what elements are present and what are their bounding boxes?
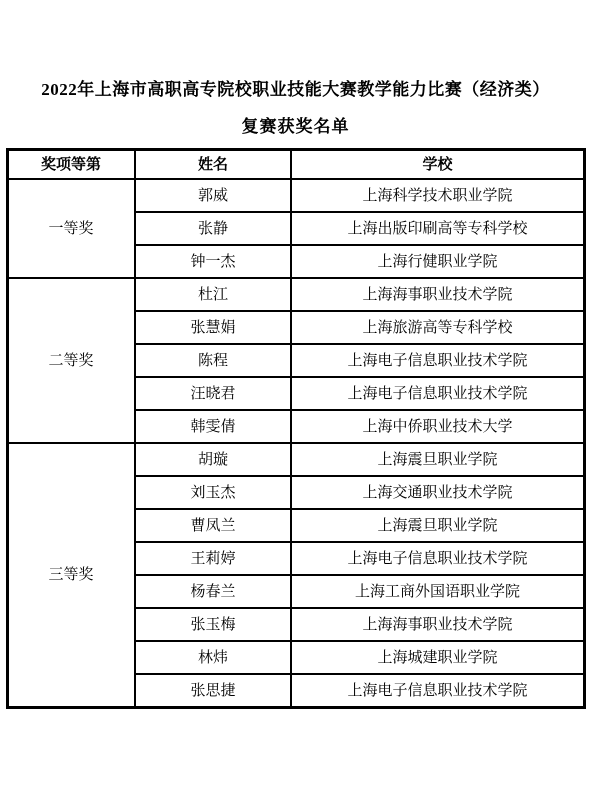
winner-name-cell: 杜江 — [135, 278, 292, 311]
winner-name-cell: 张玉梅 — [135, 608, 292, 641]
winner-school-cell: 上海震旦职业学院 — [291, 509, 584, 542]
table-header-row: 奖项等第 姓名 学校 — [7, 150, 584, 180]
document-page: 2022年上海市高职高专院校职业技能大赛教学能力比赛（经济类） 复赛获奖名单 奖… — [0, 0, 591, 811]
header-cell-school: 学校 — [291, 150, 584, 180]
winner-school-cell: 上海中侨职业技术大学 — [291, 410, 584, 443]
winner-school-cell: 上海电子信息职业技术学院 — [291, 542, 584, 575]
winner-school-cell: 上海出版印刷高等专科学校 — [291, 212, 584, 245]
winner-name-cell: 林炜 — [135, 641, 292, 674]
awards-table: 奖项等第 姓名 学校 一等奖 郭威 上海科学技术职业学院 张静 上海出版印刷高等… — [6, 148, 586, 709]
winner-school-cell: 上海旅游高等专科学校 — [291, 311, 584, 344]
winner-name-cell: 郭威 — [135, 179, 292, 212]
winner-school-cell: 上海震旦职业学院 — [291, 443, 584, 476]
award-group-cell: 一等奖 — [7, 179, 135, 278]
winner-name-cell: 韩雯倩 — [135, 410, 292, 443]
header-cell-award: 奖项等第 — [7, 150, 135, 180]
winner-name-cell: 张思捷 — [135, 674, 292, 708]
winner-name-cell: 王莉婷 — [135, 542, 292, 575]
award-group-cell: 三等奖 — [7, 443, 135, 708]
winner-school-cell: 上海交通职业技术学院 — [291, 476, 584, 509]
table-row: 一等奖 郭威 上海科学技术职业学院 — [7, 179, 584, 212]
page-subtitle: 复赛获奖名单 — [0, 100, 591, 137]
winner-school-cell: 上海城建职业学院 — [291, 641, 584, 674]
winner-school-cell: 上海工商外国语职业学院 — [291, 575, 584, 608]
winner-name-cell: 刘玉杰 — [135, 476, 292, 509]
winner-name-cell: 陈程 — [135, 344, 292, 377]
winner-school-cell: 上海科学技术职业学院 — [291, 179, 584, 212]
winner-school-cell: 上海电子信息职业技术学院 — [291, 344, 584, 377]
award-group-cell: 二等奖 — [7, 278, 135, 443]
winner-school-cell: 上海海事职业技术学院 — [291, 608, 584, 641]
table-row: 三等奖 胡璇 上海震旦职业学院 — [7, 443, 584, 476]
winner-name-cell: 胡璇 — [135, 443, 292, 476]
page-title: 2022年上海市高职高专院校职业技能大赛教学能力比赛（经济类） — [0, 0, 591, 100]
winner-school-cell: 上海行健职业学院 — [291, 245, 584, 278]
winner-name-cell: 张慧娟 — [135, 311, 292, 344]
winner-school-cell: 上海海事职业技术学院 — [291, 278, 584, 311]
winner-name-cell: 张静 — [135, 212, 292, 245]
winner-name-cell: 汪晓君 — [135, 377, 292, 410]
winner-name-cell: 钟一杰 — [135, 245, 292, 278]
winner-name-cell: 曹凤兰 — [135, 509, 292, 542]
table-row: 二等奖 杜江 上海海事职业技术学院 — [7, 278, 584, 311]
winner-school-cell: 上海电子信息职业技术学院 — [291, 674, 584, 708]
winner-school-cell: 上海电子信息职业技术学院 — [291, 377, 584, 410]
header-cell-name: 姓名 — [135, 150, 292, 180]
winner-name-cell: 杨春兰 — [135, 575, 292, 608]
